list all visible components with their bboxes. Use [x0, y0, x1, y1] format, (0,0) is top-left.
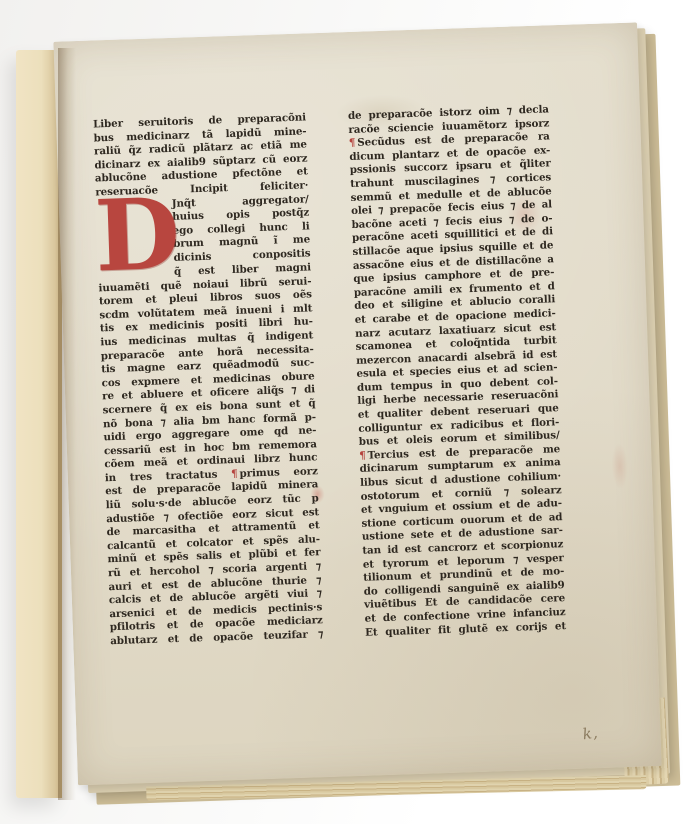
open-book: Liber seruitoris de preparacõnibus medic… — [14, 18, 670, 810]
margin-stain — [611, 443, 629, 490]
page-stack: Liber seruitoris de preparacõnibus medic… — [1, 8, 683, 821]
pilcrow-rubric: ¶ — [349, 137, 358, 149]
initial-letter-D: D — [93, 193, 181, 278]
recto-page: Liber seruitoris de preparacõnibus medic… — [53, 22, 661, 785]
handwritten-collation-mark: k, — [581, 723, 599, 743]
right-column-body: de preparacõe istorz oim ⁊ declaracõe sc… — [348, 103, 566, 640]
left-column-body: iuuamẽti quẽ noiaui librũ serui-torem et… — [98, 275, 323, 649]
right-text-column: de preparacõe istorz oim ⁊ declaracõe sc… — [348, 103, 566, 640]
rubricated-initial-block: D — [96, 197, 175, 281]
text-block: Liber seruitoris de preparacõnibus medic… — [93, 101, 613, 118]
gutter-shadow — [58, 48, 76, 800]
pilcrow-rubric: ¶ — [359, 449, 368, 461]
pilcrow-rubric: ¶ — [231, 468, 240, 480]
left-text-column: Liber seruitoris de preparacõnibus medic… — [93, 111, 323, 648]
photo-of-incunable-page: { "colors": { "rubric": "#b5443e", "ink"… — [0, 0, 700, 824]
